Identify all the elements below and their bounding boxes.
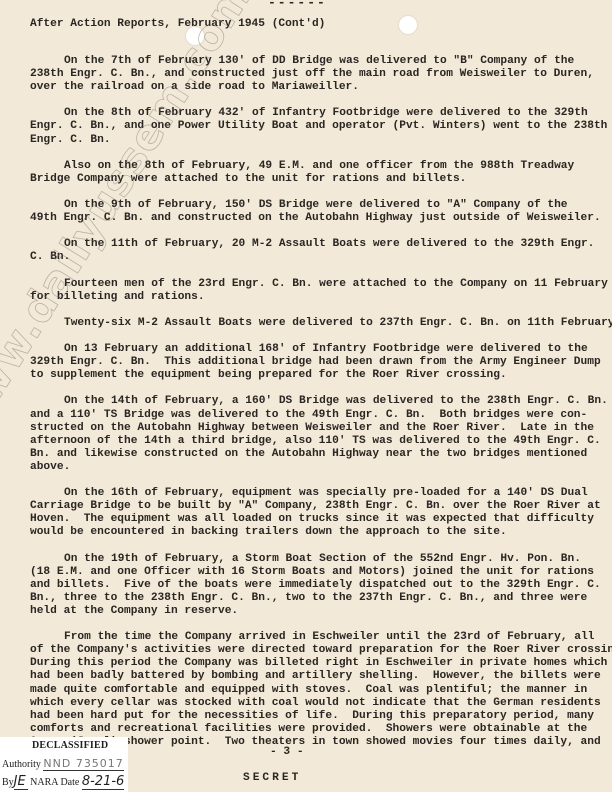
text-line: Bn. and likewise constructed on the Auto…	[30, 448, 586, 461]
text-line: and a 110' TS Bridge was delivered to th…	[30, 409, 586, 422]
paragraph: Also on the 8th of February, 49 E.M. and…	[30, 160, 586, 186]
text-line: of the Company's activities were directe…	[30, 644, 586, 657]
text-line: On 13 February an additional 168' of Inf…	[30, 343, 586, 356]
stamp-authority-row: Authority NND 735017	[2, 757, 124, 771]
date-value: 8-21-6	[82, 774, 124, 790]
text-line: Also on the 8th of February, 49 E.M. and…	[30, 160, 586, 173]
text-line: C. Bn.	[30, 251, 586, 264]
text-line: Fourteen men of the 23rd Engr. C. Bn. we…	[30, 278, 586, 291]
text-line: Carriage Bridge to be built by "A" Compa…	[30, 500, 586, 513]
paragraph: Fourteen men of the 23rd Engr. C. Bn. we…	[30, 278, 586, 304]
paragraph: On 13 February an additional 168' of Inf…	[30, 343, 586, 382]
text-line: On the 11th of February, 20 M-2 Assault …	[30, 238, 586, 251]
stamp-by-row: ByJE NARA Date 8-21-6	[2, 774, 124, 790]
text-line: Hoven. The equipment was all loaded on t…	[30, 513, 586, 526]
text-line: (18 E.M. and one Officer with 16 Storm B…	[30, 566, 586, 579]
report-header: After Action Reports, February 1945 (Con…	[30, 18, 325, 30]
text-line: afternoon of the 14th a third bridge, al…	[30, 435, 586, 448]
text-line: had been hard put for the necessities of…	[30, 710, 586, 723]
text-line: On the 14th of February, a 160' DS Bridg…	[30, 395, 586, 408]
paragraph: Twenty-six M-2 Assault Boats were delive…	[30, 317, 586, 330]
text-line: On the 8th of February 432' of Infantry …	[30, 107, 586, 120]
text-line: On the 16th of February, equipment was s…	[30, 487, 586, 500]
text-line: to supplement the equipment being prepar…	[30, 369, 586, 382]
text-line: On the 9th of February, 150' DS Bridge w…	[30, 199, 586, 212]
text-line: From the time the Company arrived in Esc…	[30, 631, 586, 644]
text-line: and billets. Five of the boats were imme…	[30, 579, 586, 592]
text-line: 329th Engr. C. Bn. This additional bridg…	[30, 356, 586, 369]
paragraph: On the 9th of February, 150' DS Bridge w…	[30, 199, 586, 225]
text-line: which every cellar was stocked with coal…	[30, 697, 586, 710]
text-line: made quite comfortable and equipped with…	[30, 684, 586, 697]
punch-hole-right	[399, 16, 417, 34]
text-line: 238th Engr. C. Bn., and constructed just…	[30, 68, 586, 81]
paragraph: From the time the Company arrived in Esc…	[30, 631, 586, 749]
text-line: structed on the Autobahn Highway between…	[30, 422, 586, 435]
text-line: On the 7th of February 130' of DD Bridge…	[30, 55, 586, 68]
text-line: 49th Engr. C. Bn. and constructed on the…	[30, 212, 586, 225]
by-value: JE	[14, 774, 28, 790]
text-line: Engr. C. Bn., and one Power Utility Boat…	[30, 120, 586, 133]
nara-date-label: NARA Date	[30, 777, 79, 788]
paragraph: On the 7th of February 130' of DD Bridge…	[30, 55, 586, 94]
text-line: During this period the Company was bille…	[30, 657, 586, 670]
document-page: ------ After Action Reports, February 19…	[0, 0, 612, 792]
text-line: Engr. C. Bn.	[30, 134, 586, 147]
text-line: over the railroad on a side road to Mari…	[30, 81, 586, 94]
paragraph: On the 14th of February, a 160' DS Bridg…	[30, 395, 586, 474]
stamp-title: DECLASSIFIED	[32, 740, 108, 751]
text-line: Bridge Company were attached to the unit…	[30, 173, 586, 186]
text-line: On the 19th of February, a Storm Boat Se…	[30, 553, 586, 566]
text-line: had been badly battered by bombing and a…	[30, 670, 586, 683]
text-line: above.	[30, 461, 586, 474]
paragraph: On the 11th of February, 20 M-2 Assault …	[30, 238, 586, 264]
declassified-stamp: DECLASSIFIED Authority NND 735017 ByJE N…	[0, 737, 128, 792]
paragraph: On the 19th of February, a Storm Boat Se…	[30, 553, 586, 618]
paragraph: On the 8th of February 432' of Infantry …	[30, 107, 586, 146]
classification-marking: SECRET	[243, 772, 301, 784]
page-number: - 3 -	[270, 746, 304, 758]
text-line: Twenty-six M-2 Assault Boats were delive…	[30, 317, 586, 330]
top-rule: ------	[268, 0, 327, 6]
text-line: held at the Company in reserve.	[30, 605, 586, 618]
by-label: By	[2, 777, 14, 788]
authority-label: Authority	[2, 759, 41, 770]
text-line: would be encountered in backing trailers…	[30, 526, 586, 539]
text-line: for billeting and rations.	[30, 291, 586, 304]
report-body: On the 7th of February 130' of DD Bridge…	[30, 55, 586, 762]
text-line: comforts and recreational facilities wer…	[30, 723, 586, 736]
text-line: Bn., three to the 238th Engr. C. Bn., tw…	[30, 592, 586, 605]
authority-value: NND 735017	[43, 757, 123, 771]
paragraph: On the 16th of February, equipment was s…	[30, 487, 586, 539]
